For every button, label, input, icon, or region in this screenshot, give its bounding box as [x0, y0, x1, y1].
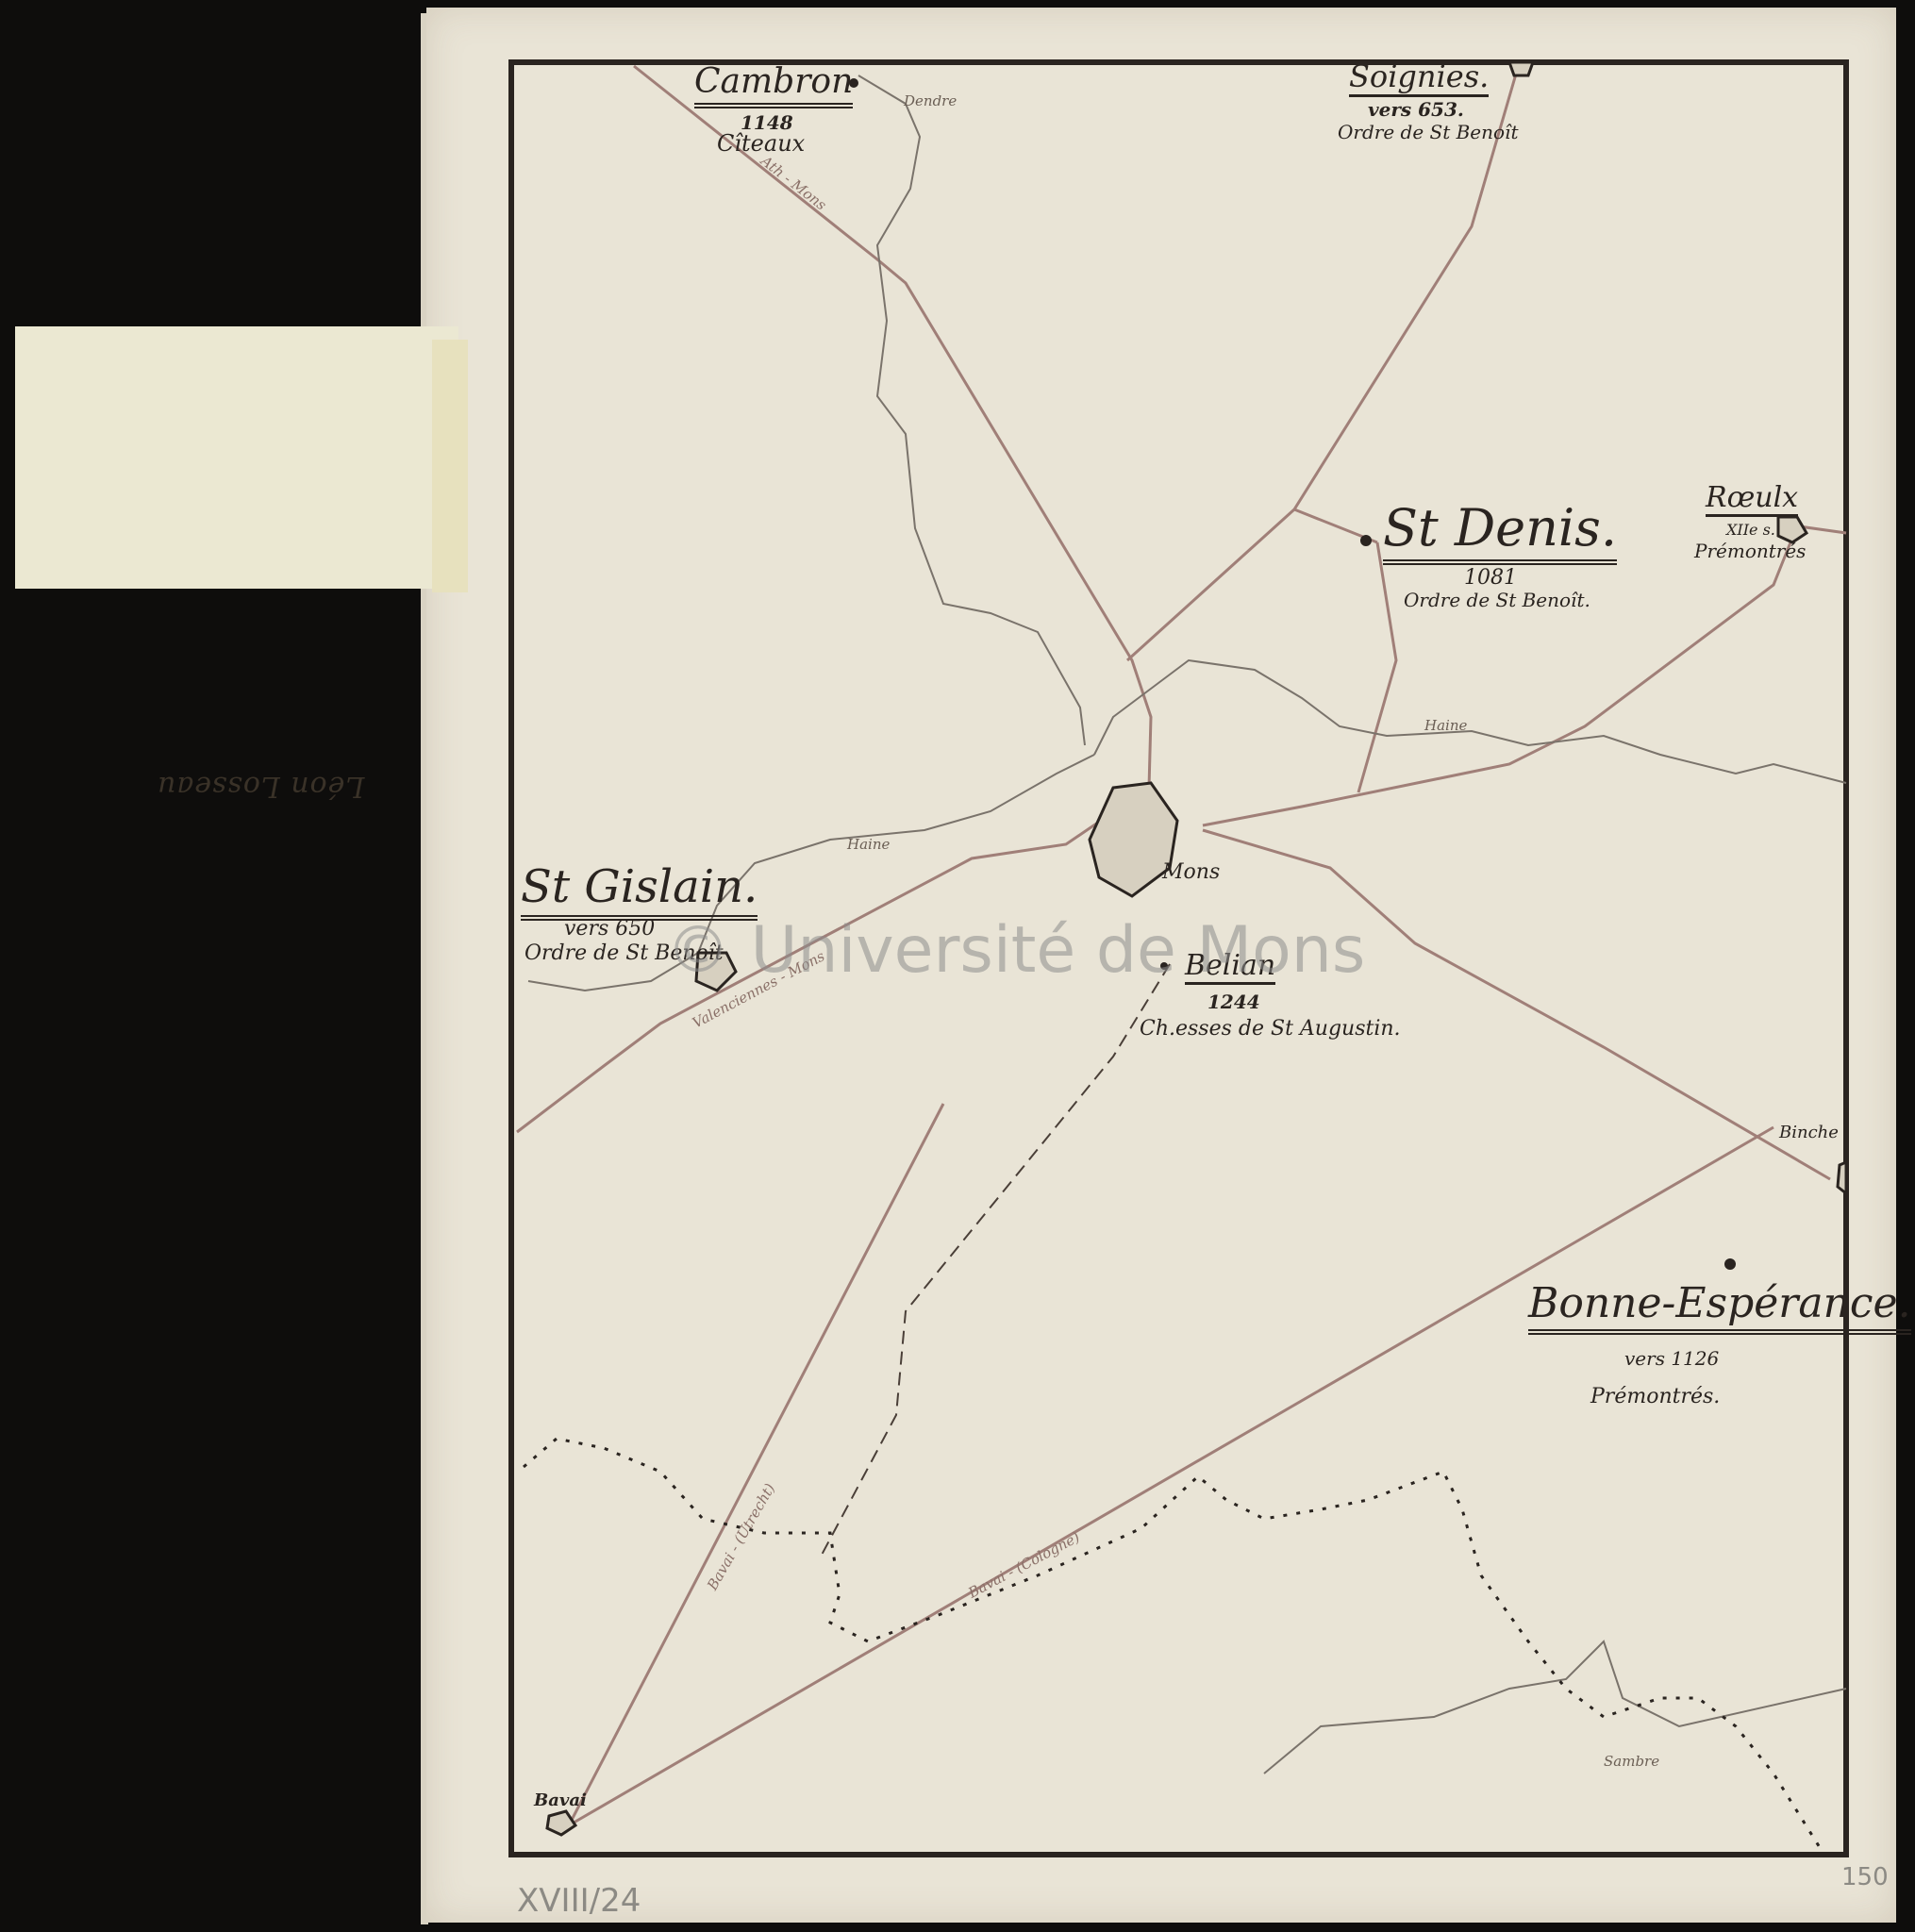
- label-river-dendre: Dendre: [904, 92, 957, 109]
- river-sambre: [1264, 1641, 1846, 1774]
- label-river-haine-west: Haine: [847, 836, 890, 853]
- road-mons-binche: [1203, 830, 1830, 1179]
- label-river-haine-east: Haine: [1424, 717, 1467, 734]
- bavai-town-shape: [547, 1811, 575, 1835]
- abbey-markers: [849, 78, 1736, 1270]
- label-st-denis-date: 1081: [1464, 566, 1517, 590]
- river-dendre: [858, 75, 1085, 745]
- frontier: [524, 1439, 1821, 1849]
- label-soignies: Soignies.: [1349, 58, 1489, 97]
- belian-dashed-line: [821, 964, 1170, 1557]
- shelfmark: XVIII/24: [517, 1882, 641, 1920]
- label-bavai: Bavai: [534, 1790, 587, 1810]
- road-ath-mons: [634, 66, 1151, 788]
- label-river-sambre: Sambre: [1604, 1753, 1659, 1770]
- label-belian-order: Ch.esses de St Augustin.: [1140, 1017, 1401, 1041]
- label-st-gislain-date: vers 650: [564, 917, 655, 941]
- label-bonne-esperance-date: vers 1126: [1624, 1347, 1719, 1370]
- label-bonne-esperance: Bonne-Espérance.: [1528, 1279, 1911, 1335]
- label-cambron: Cambron: [694, 62, 853, 108]
- label-mons: Mons: [1162, 860, 1220, 884]
- road-soignies-mons: [1127, 71, 1517, 660]
- label-st-gislain: St Gislain.: [521, 860, 758, 921]
- watermark: © Université de Mons: [666, 913, 1365, 988]
- label-roeulx-date: XIIe s.: [1726, 521, 1775, 539]
- label-soignies-order: Ordre de St Benoît: [1338, 121, 1519, 143]
- label-st-denis-order: Ordre de St Benoît.: [1404, 589, 1590, 611]
- river-haine-east: [1094, 660, 1846, 783]
- page-number: 150: [1841, 1863, 1889, 1891]
- label-bonne-esperance-order: Prémontrés.: [1590, 1385, 1720, 1408]
- label-binche: Binche: [1779, 1123, 1839, 1142]
- soignies-town-shape: [1509, 62, 1533, 75]
- label-belian-date: 1244: [1207, 991, 1260, 1013]
- label-cambron-order: Cîteaux: [717, 130, 805, 157]
- label-soignies-date: vers 653.: [1368, 98, 1464, 121]
- road-st-denis-mons: [1358, 542, 1396, 792]
- label-roeulx-order: Prémontrés: [1694, 540, 1806, 562]
- binche-town-shape: [1838, 1162, 1846, 1193]
- label-roeulx: Rœulx: [1706, 481, 1798, 517]
- label-st-denis: St Denis.: [1383, 498, 1617, 565]
- roeulx-town-shape: [1778, 517, 1807, 542]
